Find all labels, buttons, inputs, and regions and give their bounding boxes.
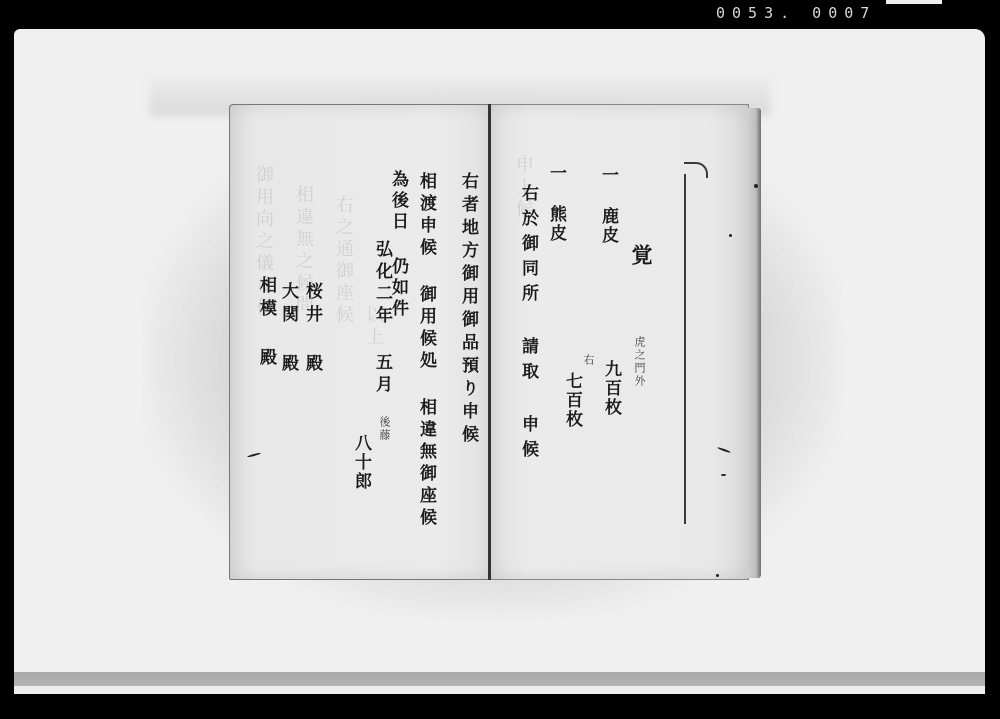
addressee-2: 大関 殿 [279, 282, 296, 377]
item-line-2: 一 熊皮 [547, 164, 564, 243]
open-book: 御用向之儀に付 相違無之候間 右之通御座候 以上 申上候 覚 一 鹿皮 虎之門外… [229, 104, 761, 580]
mount-strip [14, 672, 985, 686]
paper-speck [716, 574, 719, 577]
item-line-1: 一 鹿皮 [599, 166, 616, 245]
film-edge-mark [886, 0, 942, 4]
body-line-1: 右者地方御用御品預り申候 [459, 172, 476, 448]
addressee-3: 相模 殿 [257, 276, 274, 371]
signer-name: 八十郎 [352, 434, 369, 491]
mount-bottom-edge [14, 686, 985, 694]
paper-speck [721, 474, 726, 476]
signer-prefix: 後藤 [379, 416, 390, 442]
date-line: 弘化二年 五月 [373, 240, 390, 397]
frame-number-label: 0053. 0007 [716, 4, 876, 22]
margin-rule-line [684, 174, 686, 524]
addressee-1: 桜井 殿 [303, 282, 320, 377]
page-block-edge [748, 108, 761, 578]
receipt-line: 右於御同所 請取 申候 [519, 184, 536, 465]
paper-speck [754, 184, 758, 188]
paper-speck [729, 234, 732, 237]
document-heading: 覚 [631, 244, 652, 267]
bleed-through-text: 右之通御座候 [330, 195, 356, 327]
item-1-quantity: 九百枚 [602, 360, 619, 417]
item-2-quantity: 七百枚 [563, 372, 580, 429]
item-1-note: 虎之門外 [634, 336, 645, 388]
book-gutter [488, 104, 491, 580]
item-2-prefix: 右 [583, 354, 594, 367]
body-line-2: 相渡申候 御用候処 相違無御座候 [417, 172, 434, 530]
